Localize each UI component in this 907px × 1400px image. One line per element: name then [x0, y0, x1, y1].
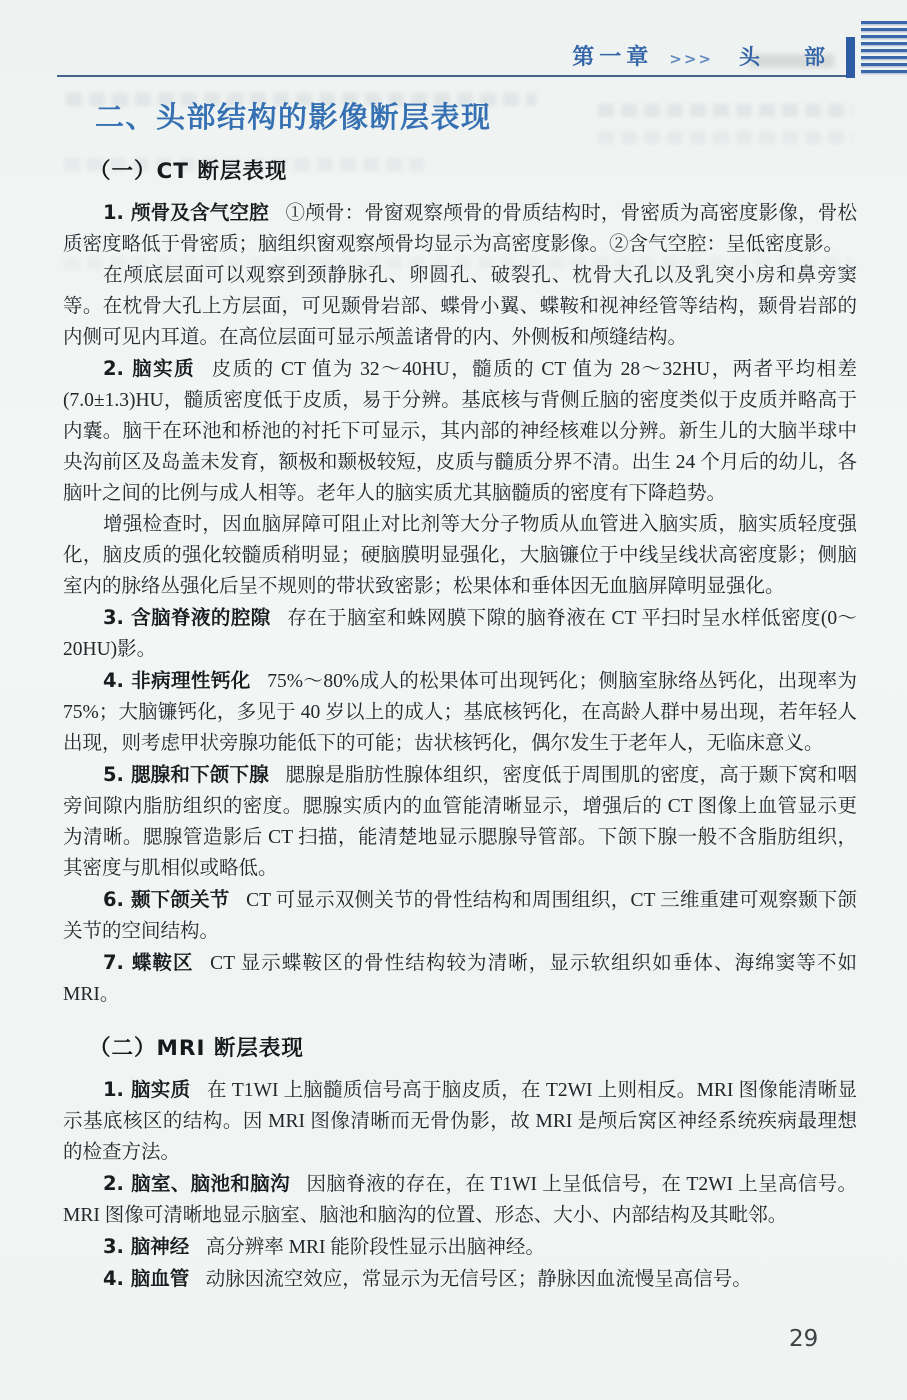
paragraph-lead: 2. 脑实质	[103, 357, 195, 380]
page-content: 二、头部结构的影像断层表现 （一）CT 断层表现 1. 颅骨及含气空腔①颅骨：骨…	[63, 97, 857, 1295]
ct-paragraph-5: 3. 含脑脊液的腔隙存在于脑室和蛛网膜下隙的脑脊液在 CT 平扫时呈水样低密度(…	[63, 602, 857, 665]
section-title-char: 头	[739, 41, 760, 71]
page-number: 29	[789, 1326, 818, 1352]
paragraph-lead: 1. 脑实质	[103, 1078, 190, 1101]
ct-paragraph-7: 5. 腮腺和下颌下腺腮腺是脂肪性腺体组织，密度低于周围肌的密度，高于颞下窝和咽旁…	[63, 759, 857, 884]
paragraph-text: 皮质的 CT 值为 32～40HU，髓质的 CT 值为 28～32HU，两者平均…	[63, 359, 857, 504]
mri-paragraph-1: 1. 脑实质在 T1WI 上脑髓质信号高于脑皮质，在 T2WI 上则相反。MRI…	[63, 1074, 857, 1168]
ct-paragraph-9: 7. 蝶鞍区CT 显示蝶鞍区的骨性结构较为清晰，显示软组织如垂体、海绵窦等不如 …	[63, 947, 857, 1010]
section-title-char: 部	[804, 41, 825, 71]
ct-paragraph-6: 4. 非病理性钙化75%～80%成人的松果体可出现钙化；侧脑室脉络丛钙化，出现率…	[63, 665, 857, 759]
paragraph-text: 高分辨率 MRI 能阶段性显示出脑神经。	[206, 1237, 545, 1258]
paragraph-lead: 7. 蝶鞍区	[103, 951, 194, 974]
paragraph-lead: 2. 脑室、脑池和脑沟	[103, 1172, 290, 1195]
header-stripes-icon	[861, 21, 907, 77]
chapter-label: 第一章	[572, 40, 653, 71]
header-bar-decoration	[846, 37, 855, 78]
chevrons-icon: >>>	[669, 50, 713, 68]
ct-paragraph-1: 1. 颅骨及含气空腔①颅骨：骨窗观察颅骨的骨质结构时，骨密质为高密度影像，骨松质…	[63, 197, 857, 260]
paragraph-text: 增强检查时，因血脑屏障可阻止对比剂等大分子物质从血管进入脑实质，脑实质轻度强化，…	[63, 514, 857, 597]
paragraph-lead: 6. 颞下颌关节	[103, 888, 230, 911]
paragraph-lead: 4. 非病理性钙化	[103, 669, 251, 692]
paragraph-lead: 3. 脑神经	[103, 1235, 189, 1258]
mri-paragraph-4: 4. 脑血管动脉因流空效应，常显示为无信号区；静脉因血流慢呈高信号。	[63, 1263, 857, 1295]
ct-paragraph-2: 在颅底层面可以观察到颈静脉孔、卵圆孔、破裂孔、枕骨大孔以及乳突小房和鼻旁窦等。在…	[63, 260, 857, 353]
ct-paragraph-4: 增强检查时，因血脑屏障可阻止对比剂等大分子物质从血管进入脑实质，脑实质轻度强化，…	[63, 509, 857, 602]
mri-paragraph-2: 2. 脑室、脑池和脑沟因脑脊液的存在，在 T1WI 上呈低信号，在 T2WI 上…	[63, 1168, 857, 1231]
paragraph-lead: 5. 腮腺和下颌下腺	[103, 763, 269, 786]
running-header: 第一章 >>> 头 部	[0, 40, 845, 71]
section-heading-ct: （一）CT 断层表现	[89, 157, 857, 187]
ct-paragraph-8: 6. 颞下颌关节CT 可显示双侧关节的骨性结构和周围组织，CT 三维重建可观察颞…	[63, 884, 857, 947]
book-page: 第一章 >>> 头 部 二、头部结构的影像断层表现 （一）CT 断层表现 1. …	[0, 0, 907, 1400]
paragraph-lead: 4. 脑血管	[103, 1267, 189, 1290]
mri-paragraph-3: 3. 脑神经高分辨率 MRI 能阶段性显示出脑神经。	[63, 1231, 857, 1263]
paragraph-text: 在颅底层面可以观察到颈静脉孔、卵圆孔、破裂孔、枕骨大孔以及乳突小房和鼻旁窦等。在…	[63, 265, 857, 348]
ct-paragraph-3: 2. 脑实质皮质的 CT 值为 32～40HU，髓质的 CT 值为 28～32H…	[63, 353, 857, 509]
paragraph-lead: 1. 颅骨及含气空腔	[103, 201, 269, 224]
section-heading-mri: （二）MRI 断层表现	[89, 1034, 857, 1064]
paragraph-text: 动脉因流空效应，常显示为无信号区；静脉因血流慢呈高信号。	[206, 1269, 752, 1290]
paragraph-lead: 3. 含脑脊液的腔隙	[103, 606, 271, 629]
page-title: 二、头部结构的影像断层表现	[95, 97, 857, 137]
header-rule	[57, 75, 846, 77]
